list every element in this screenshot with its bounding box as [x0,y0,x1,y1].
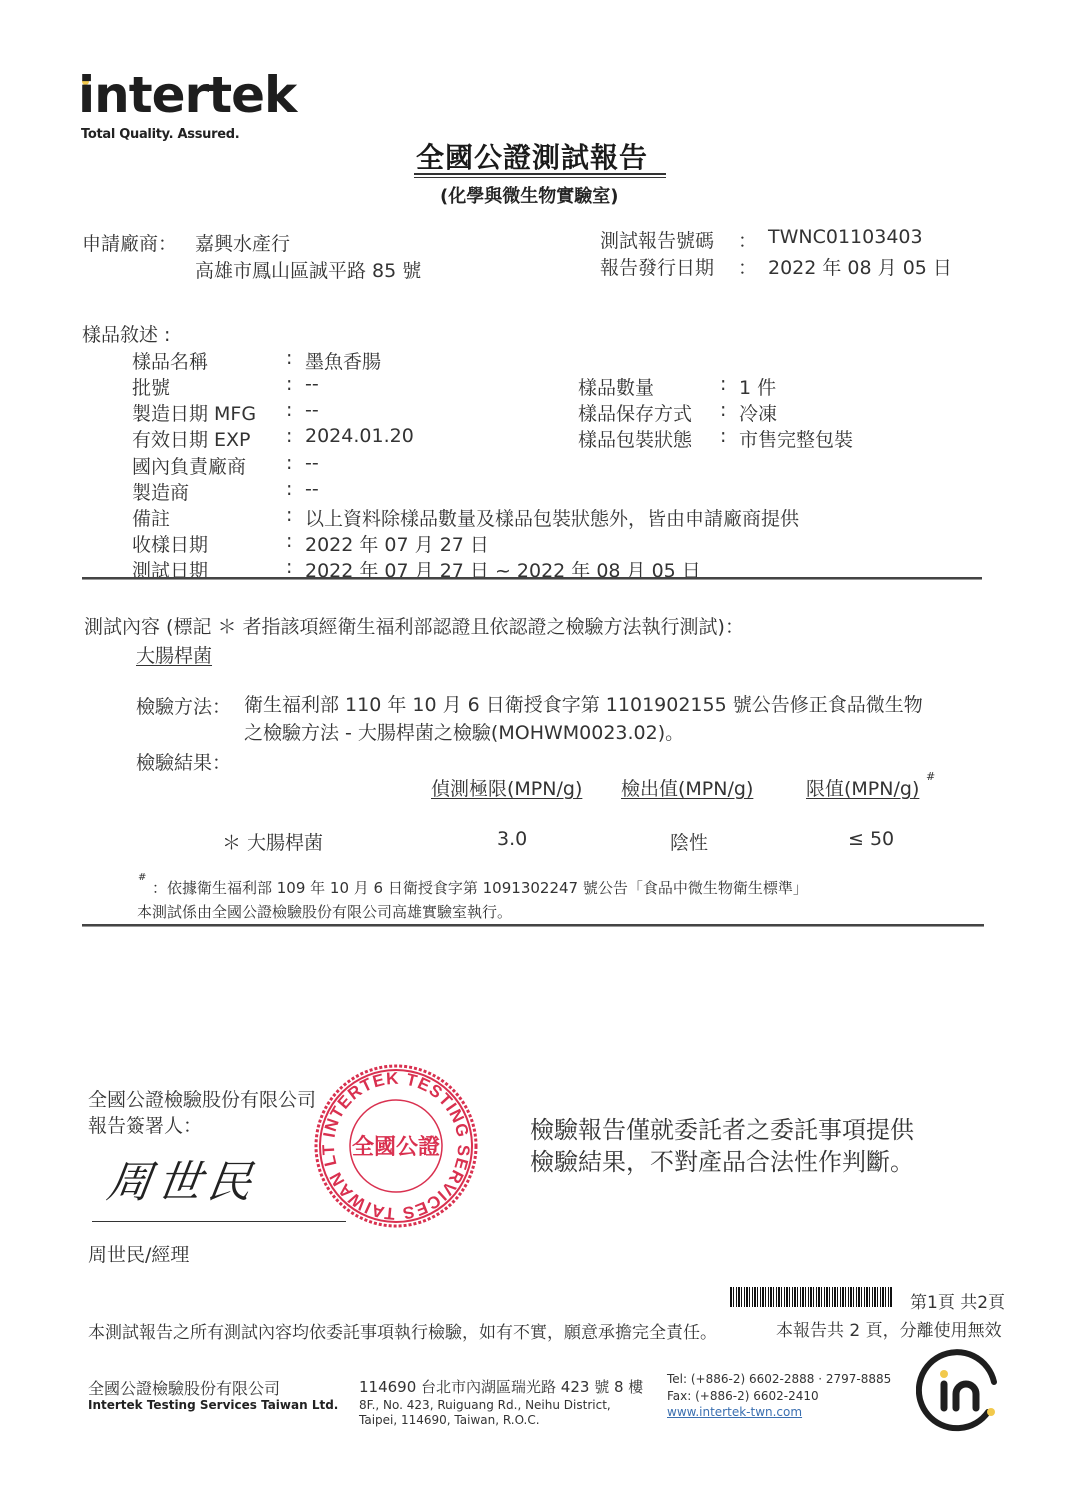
report-number-value: TWNC01103403 [768,226,923,248]
field-label: 製造日期 MFG [132,399,256,426]
footer-tel: Tel: (+886-2) 6602-2888 · 2797-8885 [667,1372,891,1386]
colon: : [286,347,292,369]
column-header-limit: 限值(MPN/g) [806,774,919,801]
field-label: 樣品數量 [578,373,654,400]
field-label: 國內負責廠商 [132,452,246,479]
field-value: -- [305,478,319,500]
field-label: 批號 [132,373,170,400]
field-label: 有效日期 EXP [132,425,251,452]
field-value: 以上資料除樣品數量及樣品包裝狀態外，皆由申請廠商提供 [305,504,799,531]
intertek-logo: intertek [78,66,296,124]
disclaimer-line-1: 檢驗報告僅就委託者之委託事項提供 [530,1110,914,1145]
test-heading: 測試內容 (標記 ＊ 者指該項經衛生福利部認證且依認證之檢驗方法執行測試)： [84,612,744,639]
colon: : [286,530,292,552]
colon: : [286,399,292,421]
limit-footnote-mark: # [926,770,935,783]
svg-text:全國公證: 全國公證 [352,1134,440,1160]
handwritten-signature: 周世民 [104,1146,263,1210]
logo-tagline: Total Quality. Assured. [81,127,239,142]
total-pages-note: 本報告共 2 頁，分離使用無效 [776,1316,1002,1341]
field-value: -- [305,399,319,421]
colon: : [286,452,292,474]
colon: : [720,399,726,421]
method-label: 檢驗方法： [136,692,231,719]
field-label: 收樣日期 [132,530,208,557]
title-underline [414,173,666,178]
footer-address-en-2: Taipei, 114690, Taiwan, R.O.C. [359,1413,540,1427]
footnote-text: ：依據衛生福利部 109 年 10 月 6 日衛授食字第 1091302247 … [152,877,808,898]
field-label: 製造商 [132,478,189,505]
colon: : [286,478,292,500]
footer-website-link[interactable]: www.intertek-twn.com [667,1405,802,1419]
barcode [730,1287,892,1307]
intertek-badge-icon [916,1346,1004,1434]
result-row-name: ＊ 大腸桿菌 [222,828,323,855]
footer-fax: Fax: (+886-2) 6602-2410 [667,1389,819,1403]
seal-icon: INTERTEK TESTING SERVICES TAIWAN LTD. 全國… [312,1062,480,1230]
signature-line [92,1221,346,1222]
issue-date-label: 報告發行日期 [600,253,714,280]
signer-company: 全國公證檢驗股份有限公司 [88,1085,316,1112]
sample-section-label: 樣品敘述 : [82,320,170,347]
field-label: 樣品名稱 [132,347,208,374]
disclaimer-line-2: 檢驗結果，不對產品合法性作判斷。 [530,1142,914,1177]
report-title: 全國公證測試報告 [416,136,648,176]
colon: : [720,373,726,395]
method-line-2: 之檢驗方法 - 大腸桿菌之檢驗(MOHWM0023.02)。 [244,718,684,745]
colon: : [286,425,292,447]
result-row-detection-limit: 3.0 [497,828,527,850]
field-value: -- [305,373,319,395]
column-header-result: 檢出值(MPN/g) [621,774,753,801]
field-value: 市售完整包裝 [739,425,853,452]
report-subtitle: (化學與微生物實驗室) [440,182,618,208]
issue-date-value: 2022 年 08 月 05 日 [768,253,952,280]
field-label: 樣品包裝狀態 [578,425,692,452]
colon: ： [738,253,757,280]
footnote-mark: # [138,872,146,883]
signer-label: 報告簽署人： [88,1111,202,1138]
section-divider [82,924,984,927]
colon: : [286,373,292,395]
test-item-title: 大腸桿菌 [136,641,212,668]
footer-address-en-1: 8F., No. 423, Ruiguang Rd., Neihu Distri… [359,1398,611,1412]
field-label: 備註 [132,504,170,531]
column-header-detection-limit: 偵測極限(MPN/g) [431,774,582,801]
field-label: 樣品保存方式 [578,399,692,426]
report-number-label: 測試報告號碼 [600,226,714,253]
result-row-result: 陰性 [670,828,708,855]
colon: : [286,556,292,578]
signer-name: 周世民/經理 [88,1240,189,1267]
footer-company-en: Intertek Testing Services Taiwan Ltd. [88,1398,338,1412]
page-info: 第1頁 共2頁 [910,1288,1005,1313]
result-label: 檢驗結果： [136,748,231,775]
field-value: 2022 年 07 月 27 日 [305,530,489,557]
responsibility-statement: 本測試報告之所有測試內容均依委託事項執行檢驗，如有不實，願意承擔完全責任。 [88,1318,717,1343]
footer-company-zh: 全國公證檢驗股份有限公司 [88,1376,280,1399]
method-line-1: 衛生福利部 110 年 10 月 6 日衛授食字第 1101902155 號公告… [244,690,923,717]
colon: ： [738,226,757,253]
colon: : [286,504,292,526]
field-value: 2024.01.20 [305,425,414,447]
result-row-limit: ≤ 50 [848,828,894,850]
applicant-name: 嘉興水產行 [195,229,290,256]
lab-note: 本測試係由全國公證檢驗股份有限公司高雄實驗室執行。 [137,901,512,922]
field-value: 1 件 [739,373,776,400]
colon: : [720,425,726,447]
company-seal-stamp: INTERTEK TESTING SERVICES TAIWAN LTD. 全國… [312,1062,480,1230]
section-divider [82,577,982,580]
applicant-label: 申請廠商： [82,229,177,256]
field-value: 冷凍 [739,399,777,426]
field-value: 墨魚香腸 [305,347,381,374]
applicant-address: 高雄市鳳山區誠平路 85 號 [195,256,421,283]
field-value: -- [305,452,319,474]
footer-address-zh: 114690 台北市內湖區瑞光路 423 號 8 樓 [359,1376,643,1397]
